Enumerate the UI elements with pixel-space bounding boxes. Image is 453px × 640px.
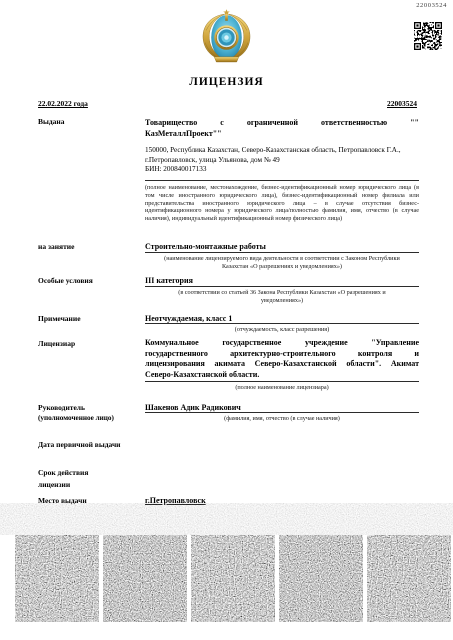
issue-date: 22.02.2022 года: [38, 99, 88, 108]
license-document: 22003524: [0, 0, 453, 640]
noise-block-3: [191, 535, 275, 622]
field-label-activity: на занятие: [38, 242, 142, 252]
licensor-line: лицензирования акимата Северо-Казахстанс…: [145, 359, 419, 370]
licensee-bin: БИН: 200840017133: [145, 165, 419, 175]
special-conditions-caption: (в соответствии со статьей 36 Закона Рес…: [145, 289, 419, 305]
noise-block-5: [367, 535, 451, 622]
security-noise-pattern: [0, 500, 453, 632]
field-rule: [145, 180, 419, 181]
noise-block-1: [15, 535, 99, 622]
licensor-line: Северо-Казахстанской области.: [145, 370, 419, 381]
qr-code-icon: [413, 21, 443, 51]
license-number: 22003524: [387, 99, 417, 108]
special-conditions-value: III категория: [145, 275, 419, 286]
field-rule: [145, 381, 419, 382]
license-number-top: 22003524: [416, 2, 447, 9]
field-rule: [145, 323, 419, 324]
licensee-name-line1: Товарищество с ограниченной ответственно…: [145, 117, 419, 128]
licensor-caption: (полное наименование лицензиара): [145, 384, 419, 392]
field-rule: [145, 252, 419, 253]
signature-rule: [145, 412, 419, 413]
validity-label-line1: Срок действия: [38, 467, 142, 479]
noise-block-4: [279, 535, 363, 622]
activity-value: Строительно-монтажные работы: [145, 241, 419, 252]
kazakhstan-emblem-icon: [200, 8, 253, 63]
activity-caption: (наименование лицензируемого вида деятел…: [145, 255, 419, 271]
licensor-line: государственного архитектурно-строительн…: [145, 349, 419, 360]
licensor-value: Коммунальное государственное учреждение …: [145, 338, 419, 380]
licensee-name-line2: КазМеталлПроект"": [145, 128, 419, 139]
licensor-line: Коммунальное государственное учреждение …: [145, 338, 419, 349]
issued-to-caption: (полное наименование, местонахождение, б…: [145, 184, 419, 223]
validity-label-line2: лицензии: [38, 479, 142, 491]
head-caption: (фамилия, имя, отчество (в случае наличи…: [145, 415, 419, 423]
field-label-issued-to: Выдана: [38, 117, 142, 127]
field-label-head: Руководитель: [38, 403, 142, 413]
field-label-special-conditions: Особые условия: [38, 276, 142, 286]
field-label-licensor: Лицензиар: [38, 339, 142, 349]
licensee-address: 150000, Республика Казахстан, Северо-Каз…: [145, 146, 419, 165]
noise-block-2: [103, 535, 187, 622]
field-label-head-sub: (уполномоченное лицо): [38, 414, 142, 424]
field-label-first-issue-date: Дата первичной выдачи: [38, 440, 142, 450]
field-rule: [145, 286, 419, 287]
noise-band-faint: [0, 503, 453, 535]
document-title: ЛИЦЕНЗИЯ: [0, 76, 453, 88]
note-caption: (отчуждаемость, класс разрешения): [145, 326, 419, 334]
field-label-validity: Срок действия лицензии: [38, 467, 142, 490]
field-label-note: Примечание: [38, 314, 142, 324]
